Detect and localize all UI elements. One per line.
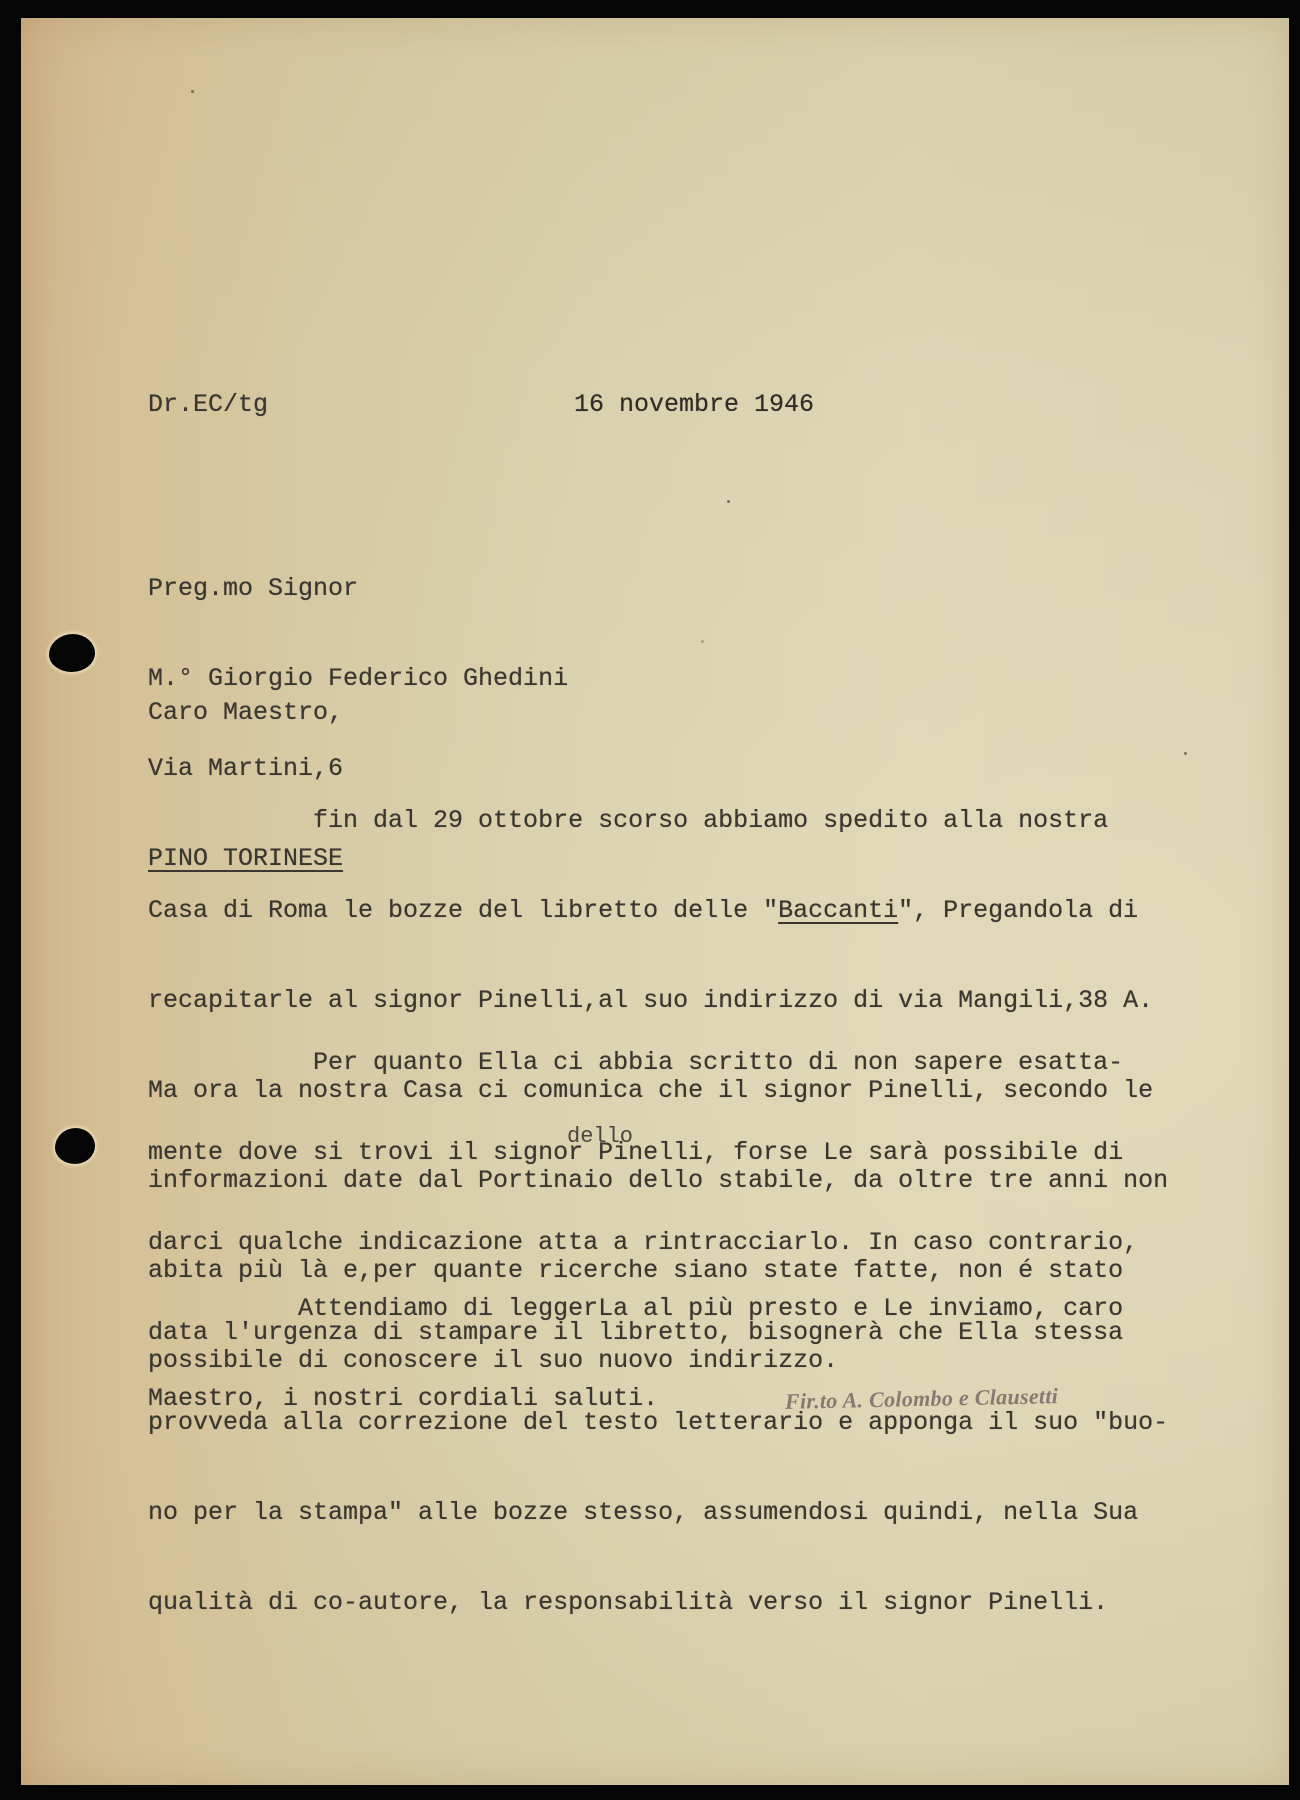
- paragraph-line: qualità di co-autore, la responsabilità …: [148, 1588, 1208, 1618]
- paragraph-line: no per la stampa" alle bozze stesso, ass…: [148, 1498, 1208, 1528]
- recipient-title: Preg.mo Signor: [148, 574, 568, 604]
- underlined-title: Baccanti: [778, 896, 898, 925]
- punch-hole-top: [49, 634, 95, 672]
- scan-frame: Dr.EC/tg 16 novembre 1946 Preg.mo Signor…: [0, 0, 1300, 1800]
- paragraph-line: Attendiamo di leggerLa al più presto e L…: [148, 1294, 1208, 1324]
- paragraph-line: mente dove si trovi il signor Pinelli, f…: [148, 1138, 1208, 1168]
- line-prefix: Casa di Roma le bozze del libretto delle…: [148, 896, 778, 925]
- paragraph-line: Per quanto Ella ci abbia scritto di non …: [148, 1048, 1208, 1078]
- letter-date: 16 novembre 1946: [574, 390, 814, 420]
- paper-speck: [701, 640, 704, 643]
- interlinear-correction: dello: [567, 1124, 633, 1149]
- salutation: Caro Maestro,: [148, 698, 343, 728]
- paper-speck: [727, 500, 730, 503]
- paper-speck: [191, 90, 194, 93]
- paragraph-line-baccanti: Casa di Roma le bozze del libretto delle…: [148, 896, 1208, 926]
- paragraph-3: Attendiamo di leggerLa al più presto e L…: [148, 1234, 1208, 1474]
- line-suffix: ", Pregandola di: [898, 896, 1138, 925]
- reference-code: Dr.EC/tg: [148, 390, 268, 420]
- punch-hole-bottom: [55, 1128, 95, 1164]
- recipient-name: M.° Giorgio Federico Ghedini: [148, 664, 568, 694]
- paragraph-line: fin dal 29 ottobre scorso abbiamo spedit…: [148, 806, 1208, 836]
